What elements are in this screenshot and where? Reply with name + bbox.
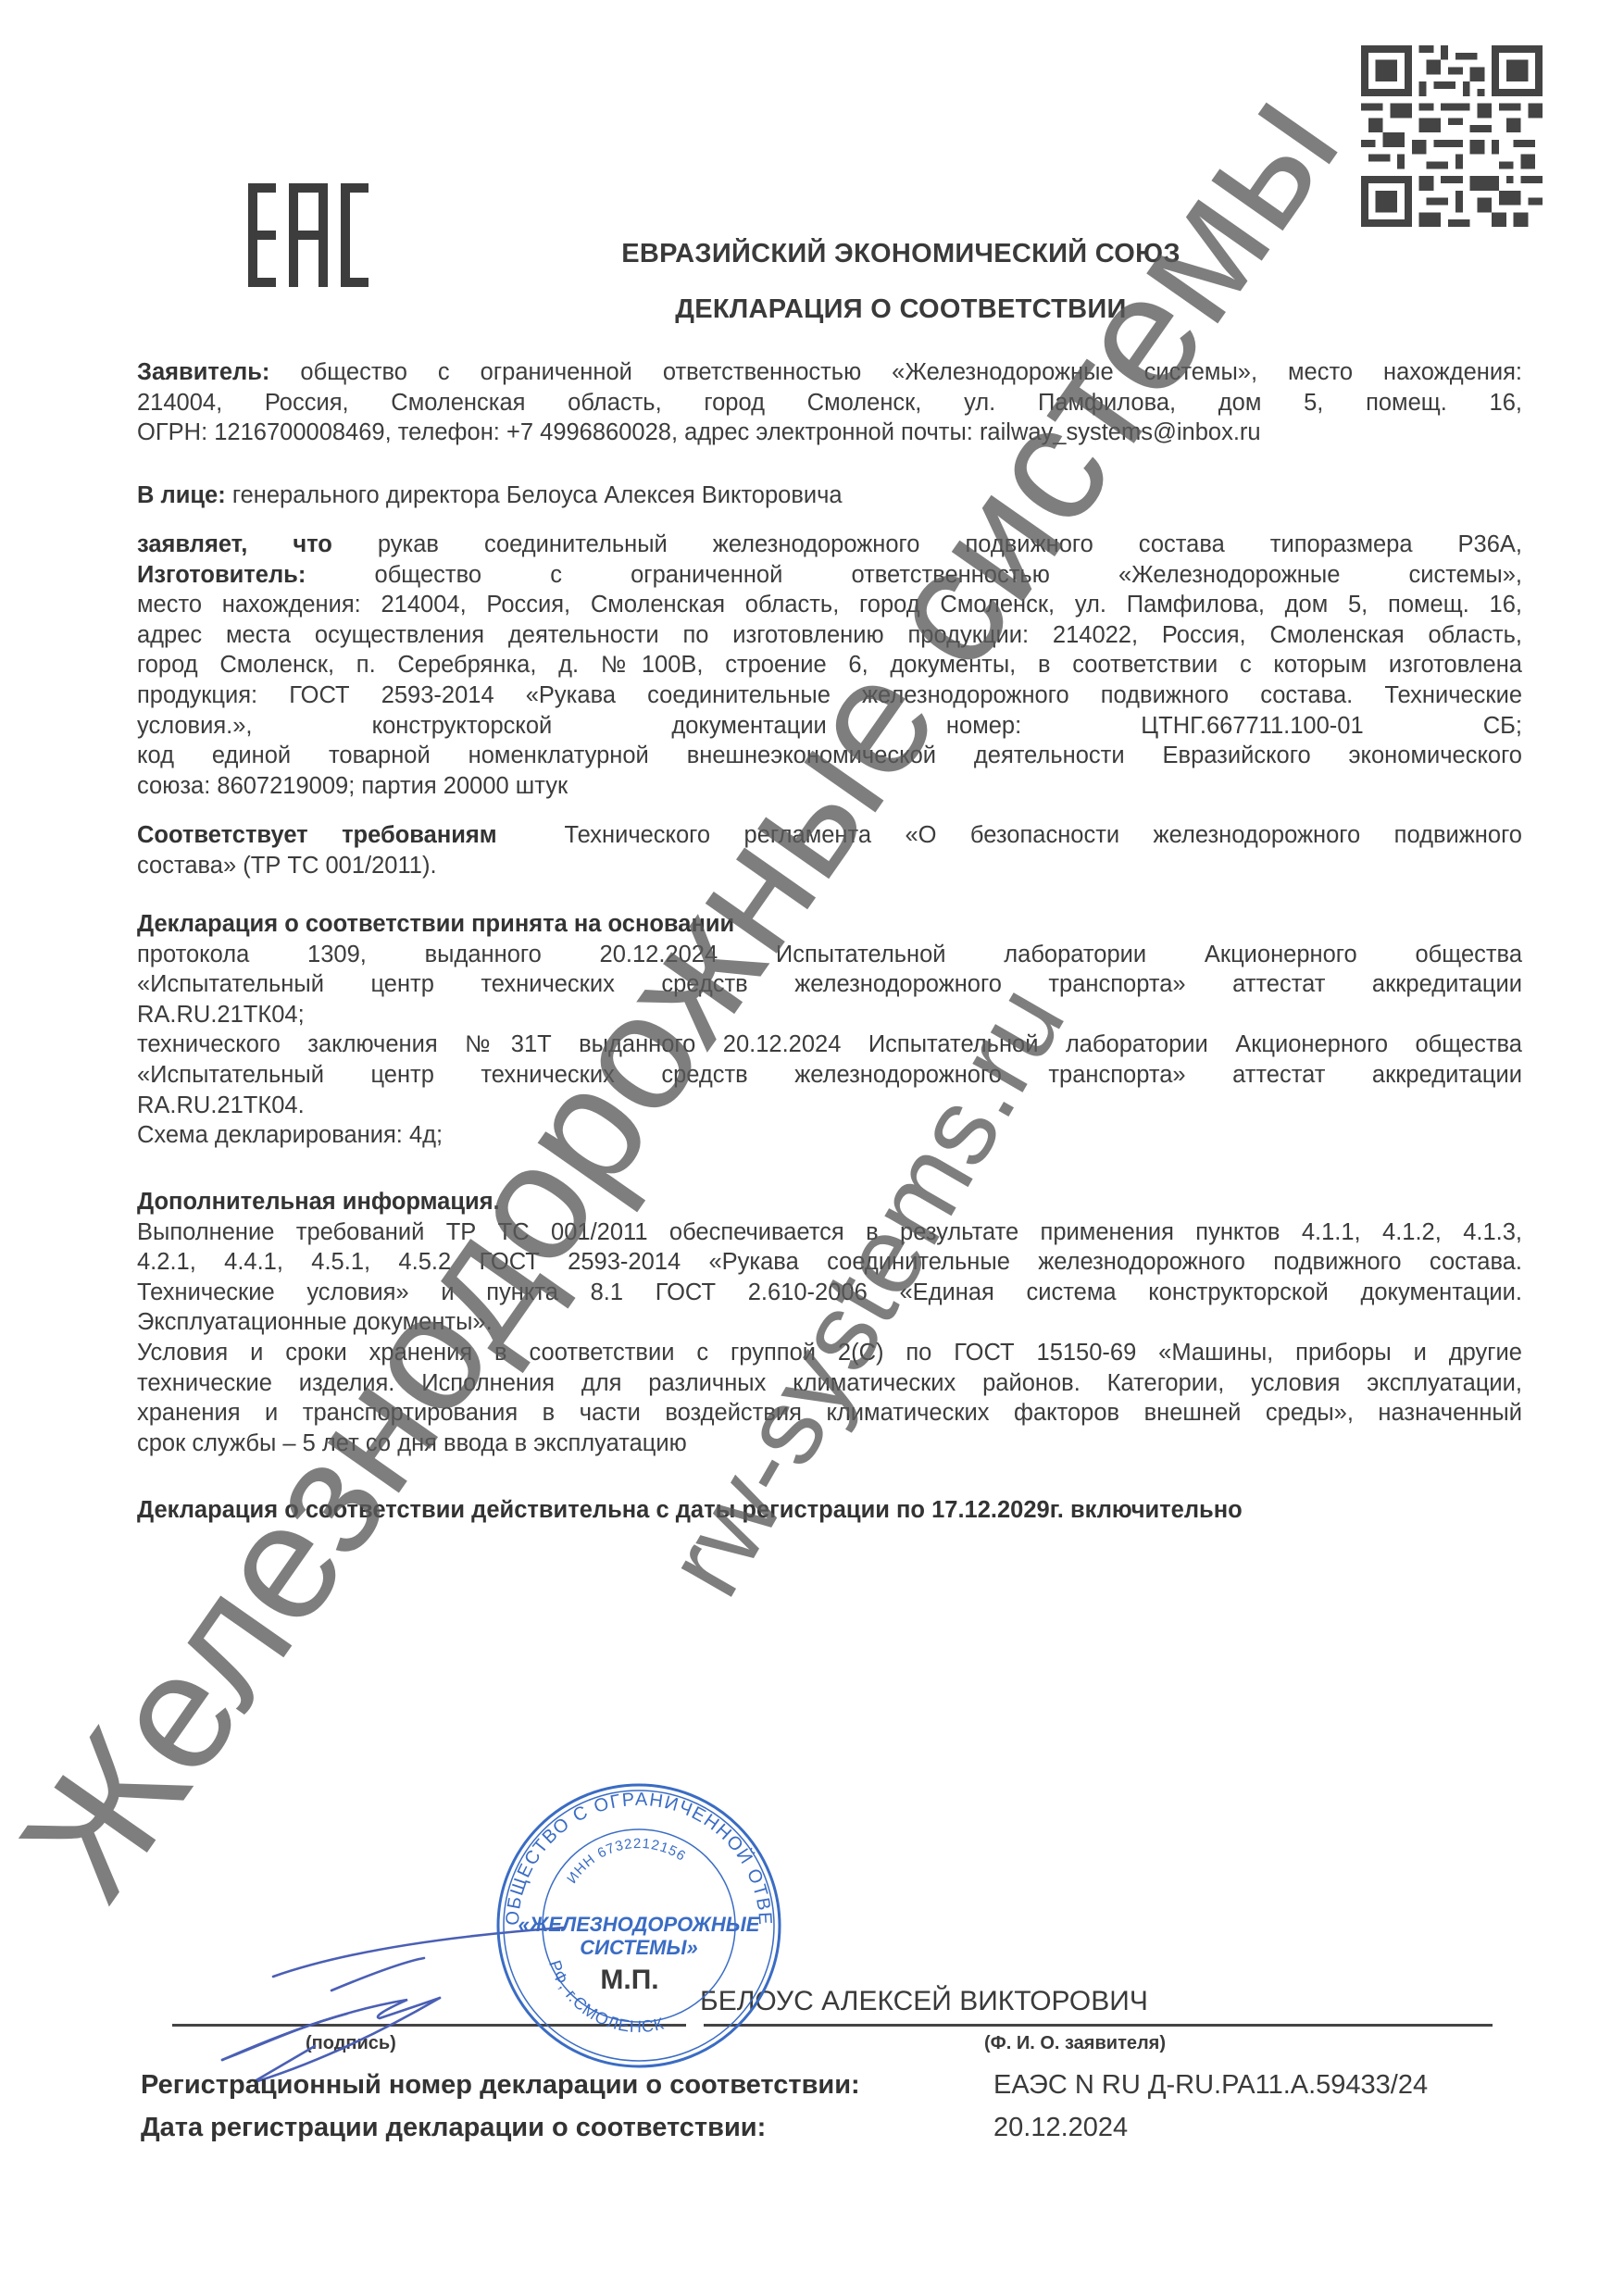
eac-logo-icon [248, 183, 369, 287]
applicant-section: Заявитель: общество с ограниченной ответ… [137, 357, 1522, 448]
manufacturer-label: Изготовитель: [137, 562, 306, 588]
name-caption: (Ф. И. О. заявителя) [984, 2033, 1166, 2054]
document-title: ДЕКЛАРАЦИЯ О СООТВЕТСТВИИ [89, 294, 1624, 325]
declares-label: заявляет, что [137, 531, 332, 557]
basis-section: Декларация о соответствии принята на осн… [137, 909, 1522, 1151]
representative-label: В лице: [137, 482, 226, 508]
basis-label: Декларация о соответствии принята на осн… [137, 911, 734, 937]
svg-text:ИНН 6732212156: ИНН 6732212156 [564, 1836, 689, 1887]
stamp-company-2: СИСТЕМЫ» [580, 1936, 697, 1959]
registration-number-label: Регистрационный номер декларации о соотв… [141, 2070, 860, 2101]
stamp-inn: ИНН 6732212156 [564, 1836, 689, 1887]
company-seal-icon: ОБЩЕСТВО С ОГРАНИЧЕННОЙ ОТВЕТСТВЕННОСТЬЮ… [491, 1778, 787, 2074]
registration-date-label: Дата регистрации декларации о соответств… [141, 2113, 766, 2143]
registration-number-value: ЕАЭС N RU Д-RU.PA11.A.59433/24 [993, 2070, 1428, 2101]
additional-info-section: Дополнительная информация. Выполнение тр… [137, 1187, 1522, 1458]
validity-statement: Декларация о соответствии действительна … [137, 1495, 1522, 1526]
conformity-section: Соответствует требованиям Технического р… [137, 820, 1522, 880]
declaration-section: заявляет, что рукав соединительный желез… [137, 530, 1522, 801]
qr-code-icon [1361, 44, 1543, 228]
name-line [704, 2024, 1493, 2027]
representative-section: В лице: генерального директора Белоуса А… [137, 480, 1522, 511]
applicant-label: Заявитель: [137, 359, 269, 385]
stamp-place-mark: М.П. [600, 1965, 658, 1995]
conformity-label: Соответствует требованиям [137, 822, 497, 848]
registration-date-value: 20.12.2024 [993, 2113, 1128, 2143]
stamp-company: «ЖЕЛЕЗНОДОРОЖНЫЕ [518, 1913, 761, 1936]
declaration-page: ЕВРАЗИЙСКИЙ ЭКОНОМИЧЕСКИЙ СОЮЗ ДЕКЛАРАЦИ… [0, 0, 1624, 2296]
additional-info-label: Дополнительная информация. [137, 1189, 500, 1215]
union-title: ЕВРАЗИЙСКИЙ ЭКОНОМИЧЕСКИЙ СОЮЗ [89, 239, 1624, 269]
